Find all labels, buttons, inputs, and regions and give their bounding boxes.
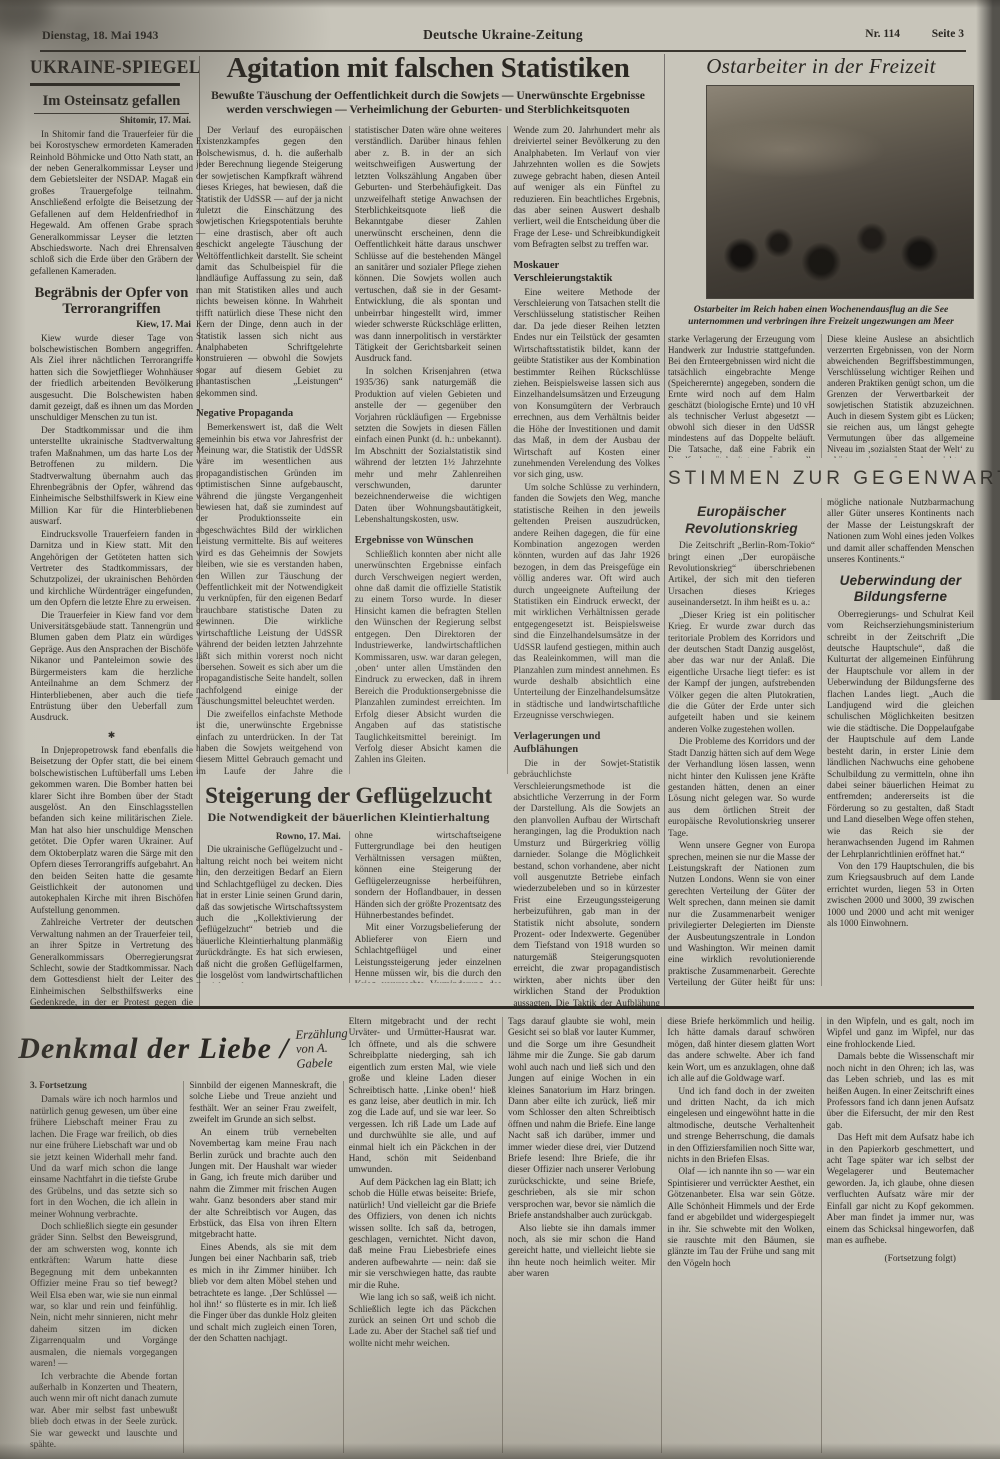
paragraph: Der Verlauf des europäischen Existenzkam… [196, 126, 343, 400]
ostarbeiter-headline: Ostarbeiter in der Freizeit [668, 54, 974, 79]
paragraph: Damals bebte die Wissenschaft mir noch n… [827, 1052, 974, 1132]
main-headline: Agitation mit falschen Statistiken [196, 54, 660, 83]
masthead-page-number: Seite 3 [932, 28, 964, 40]
paragraph: Eines Abends, als sie mit dem Jungen bei… [189, 1243, 336, 1346]
paragraph: Auf dem Päckchen lag ein Blatt; ich scho… [349, 1178, 496, 1292]
dateline: Rowno, 17. Mai. [196, 832, 341, 843]
paragraph: Schließlich konnten aber nicht alle uner… [355, 550, 502, 767]
main-column-2: statistischer Daten wäre ohne weiteres v… [355, 126, 509, 774]
article-body: Shitomir, 17. Mai.In Shitomir fand die T… [30, 116, 193, 278]
spiegel-title: UKRAINE-SPIEGEL [30, 56, 180, 86]
paragraph: Wenn unsere Gegner von Europa sprechen, … [668, 841, 815, 986]
paragraph: Diese kleine Auslese an absichtlich verz… [827, 334, 974, 458]
paragraph: Olaf — ich nannte ihn so — war ein Spint… [667, 1167, 814, 1270]
section-separator: ✱ [30, 730, 193, 741]
ostarbeiter-column-1: starke Verlagerung der Erzeugung vom Han… [668, 334, 822, 458]
article-headline: Im Osteinsatz gefallen [34, 94, 189, 114]
story-column-3: Eltern mitgebracht und der recht Urväter… [349, 1017, 503, 1453]
paragraph: Ich verbrachte die Abende fortan außerha… [30, 1372, 177, 1452]
right-column: Ostarbeiter in der Freizeit Ostarbeiter … [668, 54, 974, 1006]
gefluegelzucht-headline: Steigerung der Geflügelzucht [196, 784, 501, 807]
paragraph: In solchen Krisenjahren (etwa 1935/36) s… [355, 367, 502, 527]
dateline: Shitomir, 17. Mai. [30, 116, 191, 127]
story-byline-author: von A. Gabele [296, 1041, 349, 1072]
article-body: Kiew, 17. MaiKiew wurde dieser Tage von … [30, 320, 193, 1006]
paragraph: Die Trauerfeier in Kiew fand vor dem Uni… [30, 611, 193, 725]
story-divider: / [280, 1032, 288, 1066]
dateline: Kiew, 17. Mai [30, 320, 191, 331]
story-header: Denkmal der Liebe / Erzählung von A. Gab… [30, 1017, 337, 1081]
paragraph: Wie lang ich so saß, weiß ich nicht. Sch… [349, 1293, 496, 1350]
paragraph: Und ich fand doch in der zweiten und dri… [667, 1087, 814, 1167]
stimmen-title: STIMMEN ZUR GEGENWART [668, 468, 974, 490]
paragraph: Die Probleme des Korridors und der Stadt… [668, 737, 815, 840]
column-subhead: Moskauer Verschleierungstaktik [513, 259, 660, 285]
column-subhead: Ergebnisse von Wünschen [355, 534, 502, 547]
story-column-1: 3. FortsetzungDamals wäre ich noch harml… [30, 1081, 184, 1453]
column-subhead: Europäischer Revolutionskrieg [668, 504, 815, 537]
newspaper-page: { "header": { "date": "Dienstag, 18. Mai… [0, 0, 1000, 1459]
story-byline: Erzählung von A. Gabele [296, 1027, 350, 1072]
paragraph: In Dnjepropetrowsk fand ebenfalls die Be… [30, 746, 193, 917]
paragraph: ohne wirtschaftseigene Futtergrundlage b… [355, 831, 502, 922]
column-subhead: Negative Propaganda [196, 407, 343, 420]
main-article-columns: Der Verlauf des europäischen Existenzkam… [196, 126, 660, 1010]
paragraph: starke Verlagerung der Erzeugung vom Han… [668, 334, 815, 458]
paragraph: Sinnbild der eigenen Manneskraft, die so… [189, 1081, 336, 1127]
masthead-title: Deutsche Ukraine-Zeitung [40, 27, 966, 43]
stimmen-column-2: mögliche nationale Nutzbarmachung aller … [827, 498, 974, 986]
paragraph: Eine weitere Methode der Verschleierung … [513, 288, 660, 482]
signature-note: (Fortsetzung folgt) [827, 1254, 974, 1266]
paragraph: Eltern mitgebracht und der recht Urväter… [349, 1017, 496, 1177]
main-column-3: Wende zum 20. Jahrhundert mehr als dreiv… [513, 126, 660, 1010]
scan-edge-right [976, 0, 1000, 700]
photo-caption: Ostarbeiter im Reich haben einen Wochene… [670, 304, 972, 328]
gefluegelzucht-column-1: Rowno, 17. Mai.Die ukrainische Geflügelz… [196, 831, 350, 983]
paragraph: An einem trüb vernebelten Novembertag ka… [189, 1128, 336, 1242]
masthead-issue: Nr. 114 [865, 28, 900, 40]
paragraph: „Dieser Krieg ist ein politischer Krieg.… [668, 611, 815, 737]
paragraph: Tags darauf glaubte sie wohl, mein Gesic… [508, 1017, 655, 1223]
ukraine-spiegel-column: UKRAINE-SPIEGEL Im Osteinsatz gefallen S… [30, 56, 200, 1006]
main-subhead: Bewußte Täuschung der Oeffentlichkeit du… [196, 89, 660, 118]
paragraph: diese Briefe herkömmlich und heilig. Ich… [667, 1017, 814, 1086]
ostarbeiter-column-2: Diese kleine Auslese an absichtlich verz… [827, 334, 974, 458]
paragraph: Das Heft mit dem Aufsatz habe ich in den… [827, 1133, 974, 1247]
article-headline: Begräbnis der Opfer von Terrorangriffen [30, 286, 193, 318]
gefluegelzucht-section: Steigerung der Geflügelzucht Die Notwend… [196, 774, 501, 1010]
paragraph: Die ukrainische Geflügelzucht und -haltu… [196, 845, 343, 983]
main-article: Agitation mit falschen Statistiken Bewuß… [196, 54, 665, 1006]
paragraph: Die Zeitschrift „Berlin-Rom-Tokio“ bring… [668, 541, 815, 610]
paragraph: Bemerkenswert ist, daß die Welt gemeinhi… [196, 423, 343, 709]
story-byline-genre: Erzählung [296, 1027, 349, 1043]
paragraph: Um solche Schlüsse zu verhindern, fanden… [513, 483, 660, 723]
ostarbeiter-photo [706, 85, 974, 299]
masthead: Dienstag, 18. Mai 1943 Deutsche Ukraine-… [40, 26, 966, 52]
column-subhead: Ueberwindung der Bildungsferne [827, 573, 974, 606]
paragraph: Die zweifellos einfachste Methode ist di… [196, 710, 343, 774]
paragraph: Damals wäre ich noch harmlos und natürli… [30, 1095, 177, 1221]
paragraph: In Shitomir fand die Trauerfeier für die… [30, 130, 193, 278]
paragraph: statistischer Daten wäre ohne weiteres v… [355, 126, 502, 366]
paragraph: Die in der Sowjet-Statistik gebräuchlich… [513, 759, 660, 1010]
column-subhead: Verlagerungen und Aufblähungen [513, 730, 660, 756]
paragraph: Kiew wurde dieser Tage von bolschewistis… [30, 334, 193, 425]
paragraph: mögliche nationale Nutzbarmachung aller … [827, 498, 974, 567]
gefluegelzucht-subhead: Die Notwendigkeit der bäuerlichen Kleint… [196, 810, 501, 825]
paragraph: in den Wipfeln, und es galt, noch im Wip… [827, 1017, 974, 1051]
paragraph: Der Stadtkommissar und die ihm unterstel… [30, 426, 193, 529]
paragraph: Von den 179 Hauptschulen, die bis zum Kr… [827, 862, 974, 931]
story-title: Denkmal der Liebe [18, 1032, 272, 1066]
continuation-label: 3. Fortsetzung [30, 1081, 177, 1092]
story-column-2: Sinnbild der eigenen Manneskraft, die so… [189, 1081, 343, 1453]
stimmen-column-1: Europäischer RevolutionskriegDie Zeitsch… [668, 498, 822, 986]
story-column-4: Tags darauf glaubte sie wohl, mein Gesic… [508, 1017, 662, 1453]
paragraph: Wende zum 20. Jahrhundert mehr als dreiv… [513, 126, 660, 252]
paragraph: Zahlreiche Vertreter der deutschen Verwa… [30, 918, 193, 1006]
story-column-5: diese Briefe herkömmlich und heilig. Ich… [667, 1017, 821, 1453]
story-column-6: in den Wipfeln, und es galt, noch im Wip… [827, 1017, 974, 1453]
paragraph: Mit einer Vorzugsbelieferung der Abliefe… [355, 923, 502, 983]
story-section: Denkmal der Liebe / Erzählung von A. Gab… [30, 1006, 974, 1459]
paragraph: Doch schließlich siegte ein gesunder grä… [30, 1222, 177, 1370]
gefluegelzucht-column-2: ohne wirtschaftseigene Futtergrundlage b… [355, 831, 502, 983]
paragraph: Eindrucksvolle Trauerfeiern fanden in Da… [30, 530, 193, 610]
paragraph: Also liebte sie ihn damals immer noch, a… [508, 1224, 655, 1281]
main-column-1: Der Verlauf des europäischen Existenzkam… [196, 126, 350, 774]
paragraph: Oberregierungs- und Schulrat Keil vom Re… [827, 610, 974, 861]
